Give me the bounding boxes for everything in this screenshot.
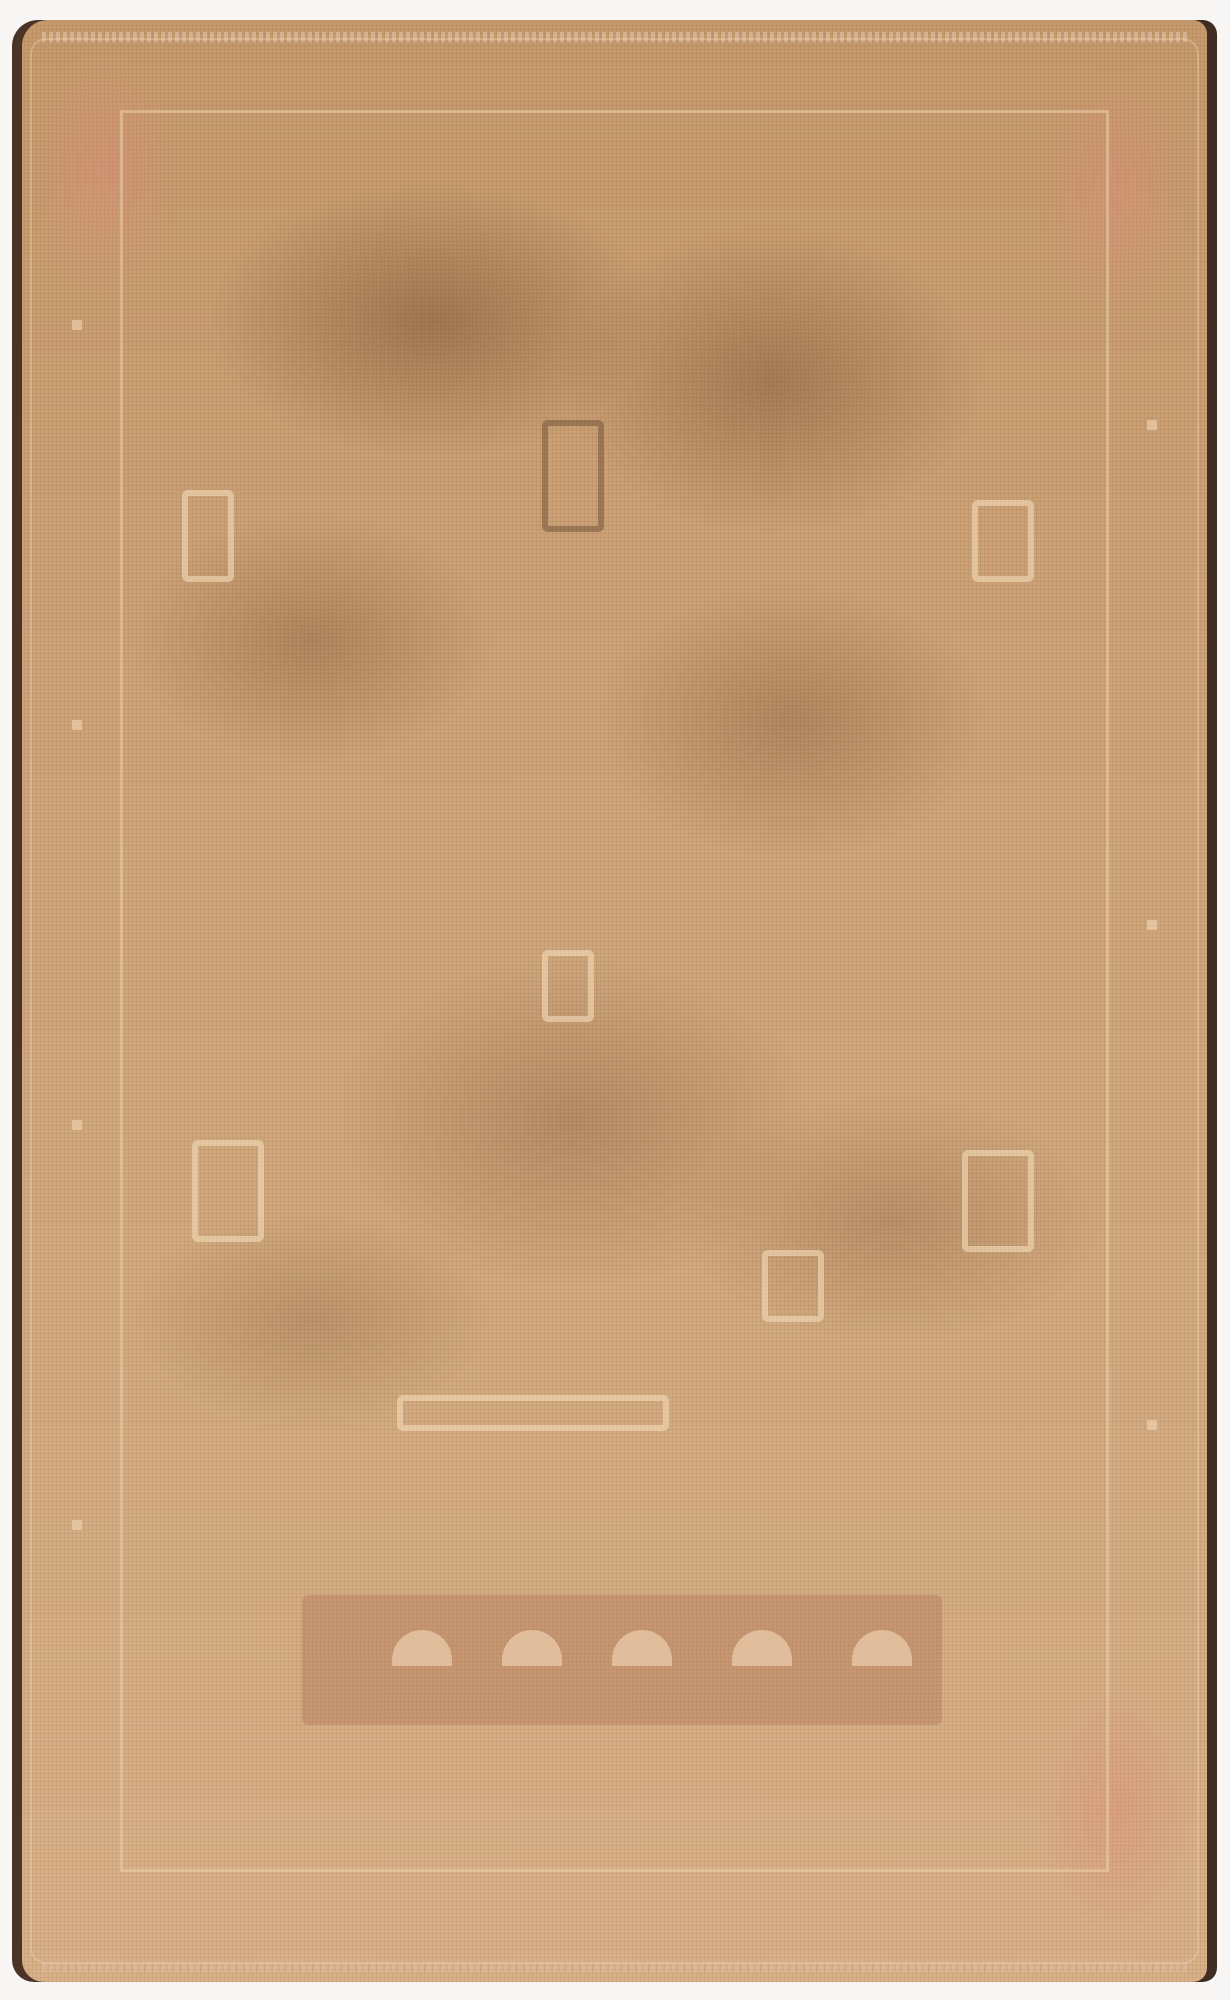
central-motif-middle xyxy=(542,950,594,1022)
right-motif-lower xyxy=(962,1150,1034,1252)
left-motif-lower xyxy=(192,1140,264,1242)
border-dot xyxy=(1147,420,1157,430)
border-dot xyxy=(72,320,82,330)
border-dot xyxy=(1147,1420,1157,1430)
left-motif-upper xyxy=(182,490,234,582)
right-motif-upper xyxy=(972,500,1034,582)
border-dot xyxy=(1147,920,1157,930)
border-dot xyxy=(72,1520,82,1530)
central-motif-top xyxy=(542,420,604,532)
shou-motif xyxy=(762,1250,824,1322)
rug-photo xyxy=(12,20,1217,1982)
border-dot xyxy=(72,720,82,730)
horizontal-bar-motif xyxy=(397,1395,669,1431)
border-dot xyxy=(72,1120,82,1130)
